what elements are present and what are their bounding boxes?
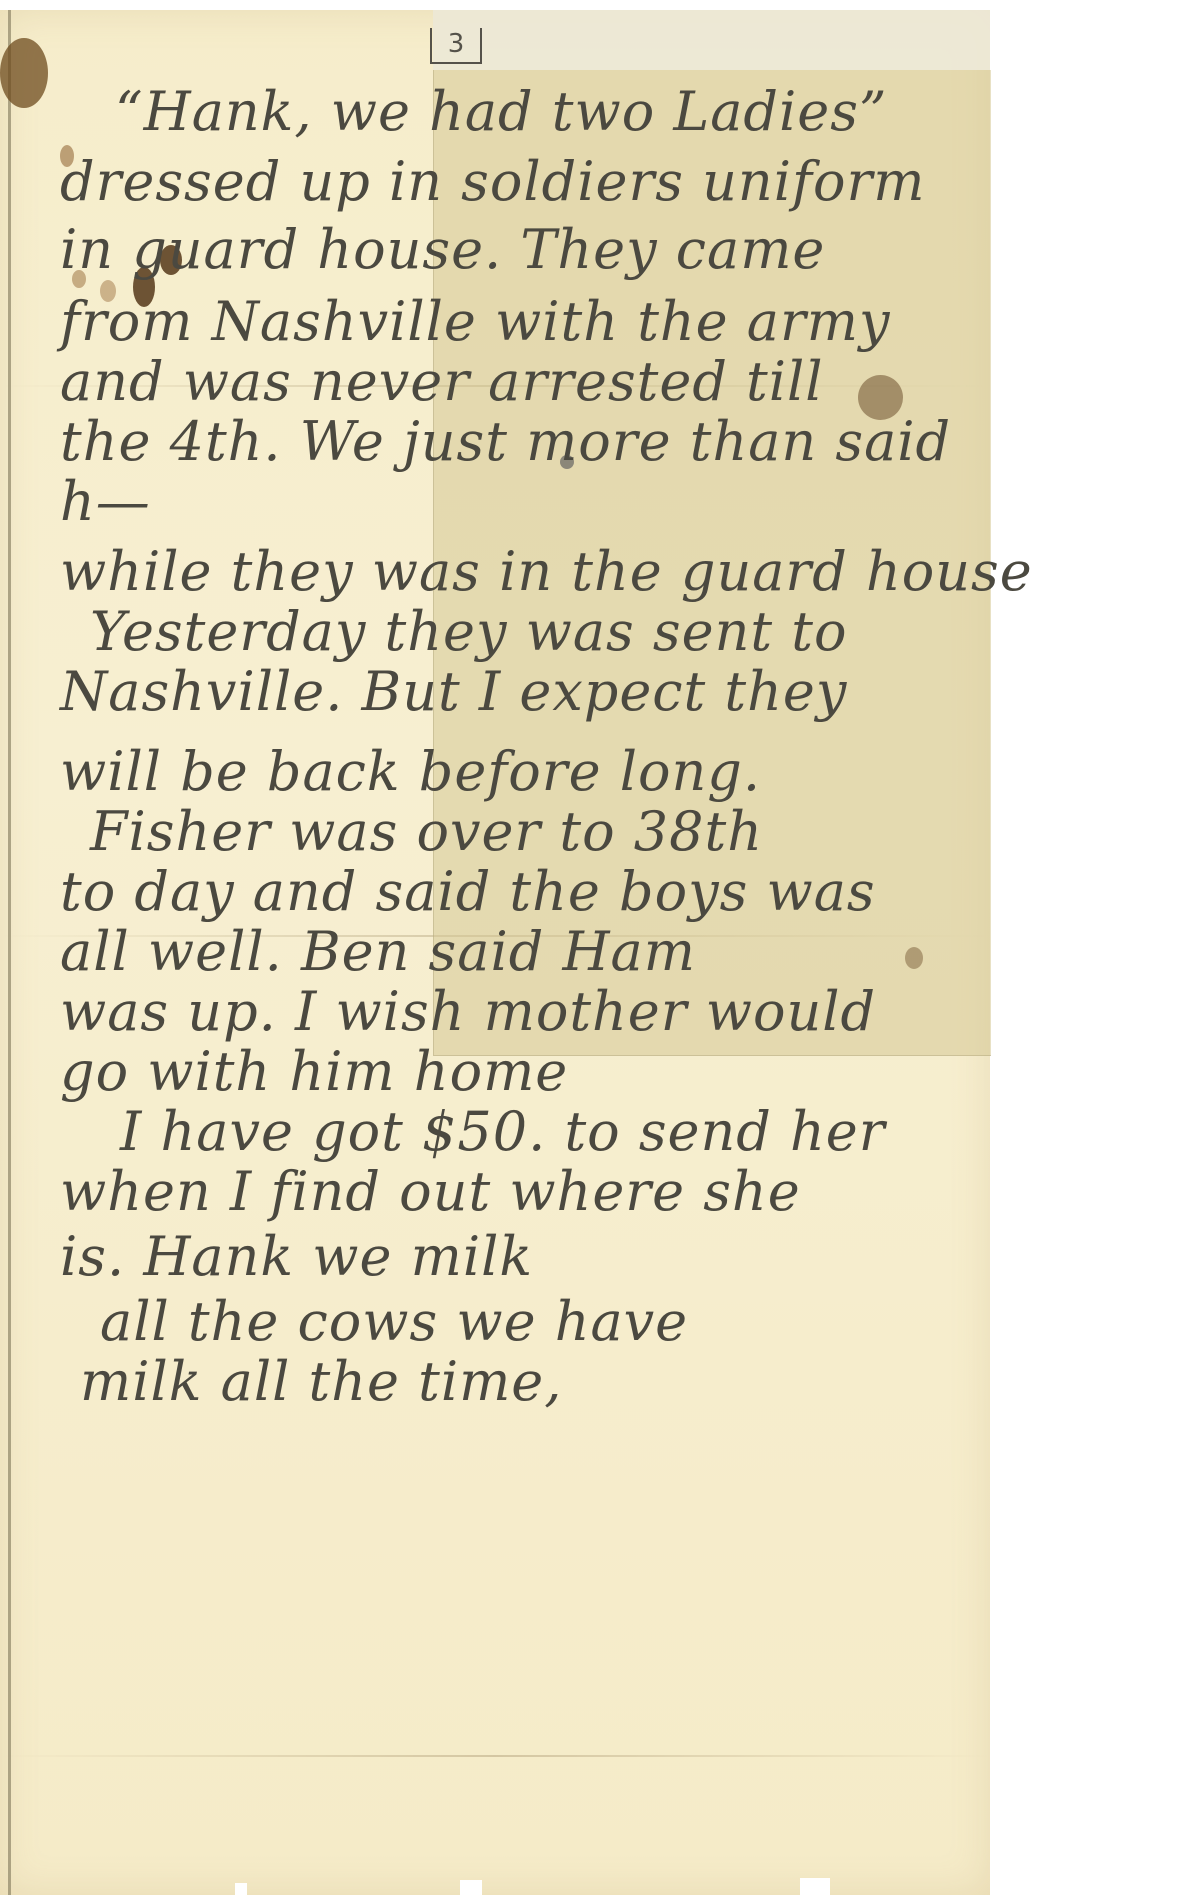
letter-line-5: and was never arrested till bbox=[60, 350, 824, 413]
letter-line-10: Nashville. But I expect they bbox=[60, 660, 847, 723]
letter-line-14: all well. Ben said Ham bbox=[60, 920, 696, 983]
tissue-top-strip bbox=[433, 10, 990, 70]
letter-line-3: in guard house. They came bbox=[60, 218, 825, 281]
letter-line-6: the 4th. We just more than said bbox=[60, 410, 951, 473]
page-number-box: 3 bbox=[430, 28, 482, 64]
ink-stain bbox=[0, 38, 48, 108]
letter-line-19: is. Hank we milk bbox=[60, 1225, 533, 1288]
letter-line-12: Fisher was over to 38th bbox=[90, 800, 763, 863]
letter-line-9: Yesterday they was sent to bbox=[90, 600, 847, 663]
ink-stain bbox=[905, 947, 923, 969]
letter-line-1: “Hank, we had two Ladies” bbox=[115, 80, 888, 143]
letter-line-11: will be back before long. bbox=[60, 740, 761, 803]
letter-line-18: when I find out where she bbox=[60, 1160, 801, 1223]
letter-line-17: I have got $50. to send her bbox=[120, 1100, 886, 1163]
paper-tear bbox=[460, 1880, 482, 1900]
letter-line-8: while they was in the guard house bbox=[60, 540, 1033, 603]
letter-line-4: from Nashville with the army bbox=[60, 290, 891, 353]
letter-line-16: go with him home bbox=[60, 1040, 568, 1103]
letter-line-21: milk all the time, bbox=[80, 1350, 562, 1413]
letter-line-13: to day and said the boys was bbox=[60, 860, 876, 923]
letter-line-20: all the cows we have bbox=[100, 1290, 688, 1353]
letter-line-7: h— bbox=[60, 470, 151, 533]
paper-tear bbox=[235, 1883, 247, 1900]
left-fold-edge bbox=[8, 10, 11, 1895]
horizontal-crease bbox=[0, 1755, 990, 1757]
letter-line-15: was up. I wish mother would bbox=[60, 980, 876, 1043]
letter-line-2: dressed up in soldiers uniform bbox=[60, 150, 926, 213]
paper-tear bbox=[800, 1878, 830, 1900]
